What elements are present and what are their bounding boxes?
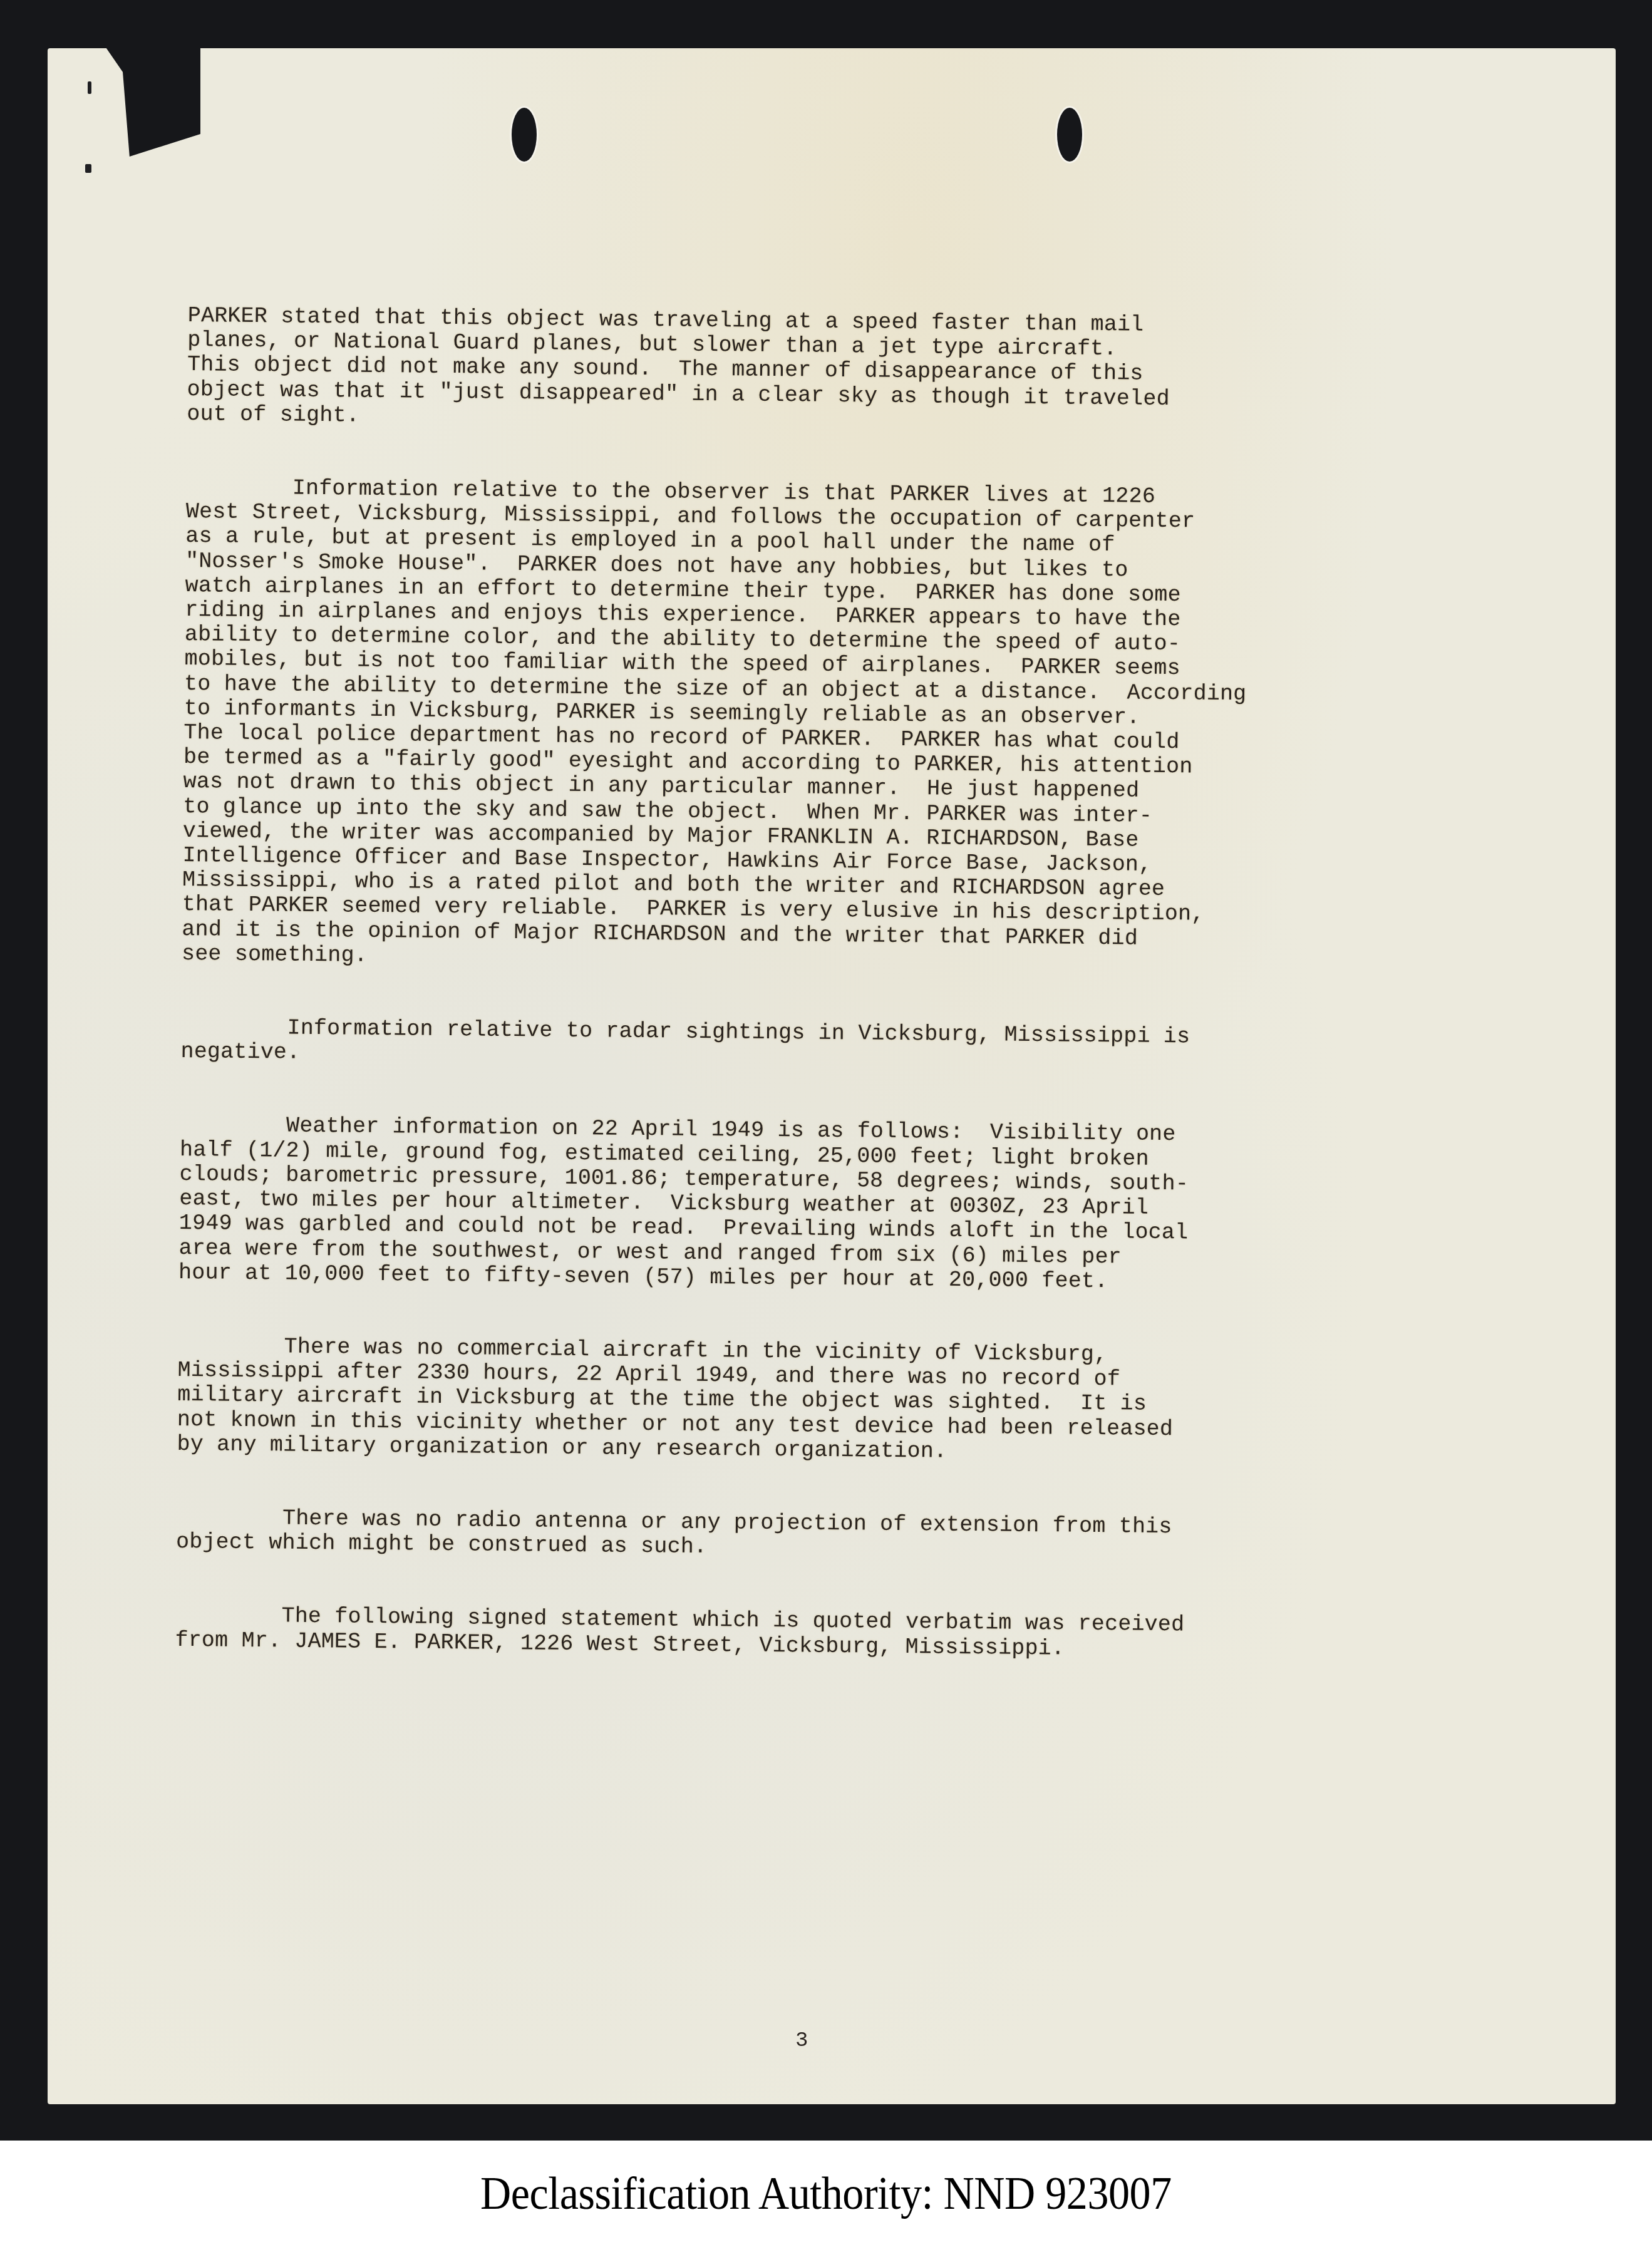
staple-mark — [88, 81, 91, 94]
line: see something. — [182, 941, 368, 968]
line: out of sight. — [187, 401, 359, 428]
paragraph-aircraft-in-vicinity: There was no commercial aircraft in the … — [177, 1334, 1493, 1469]
punch-hole-right — [1057, 108, 1082, 162]
punch-hole-left — [512, 108, 537, 162]
typed-body: PARKER stated that this object was trave… — [175, 304, 1503, 1665]
paragraph-speed-and-disappearance: PARKER stated that this object was trave… — [187, 304, 1503, 439]
declassification-authority: Declassification Authority: NND 923007 — [480, 2167, 1172, 2221]
staple-mark — [85, 164, 91, 173]
line: negative. — [180, 1039, 300, 1065]
paragraph-radio-antenna: There was no radio antenna or any projec… — [176, 1506, 1492, 1568]
paragraph-observer-information: Information relative to the observer is … — [182, 475, 1501, 979]
paragraph-radar-sightings: Information relative to radar sightings … — [180, 1015, 1496, 1077]
line: Information relative to radar sightings … — [181, 1015, 1190, 1049]
declassification-footer: Declassification Authority: NND 923007 — [0, 2141, 1652, 2247]
page-number: 3 — [795, 2029, 808, 2053]
paragraph-weather-information: Weather information on 22 April 1949 is … — [178, 1113, 1495, 1298]
line: object which might be construed as such. — [176, 1529, 707, 1559]
